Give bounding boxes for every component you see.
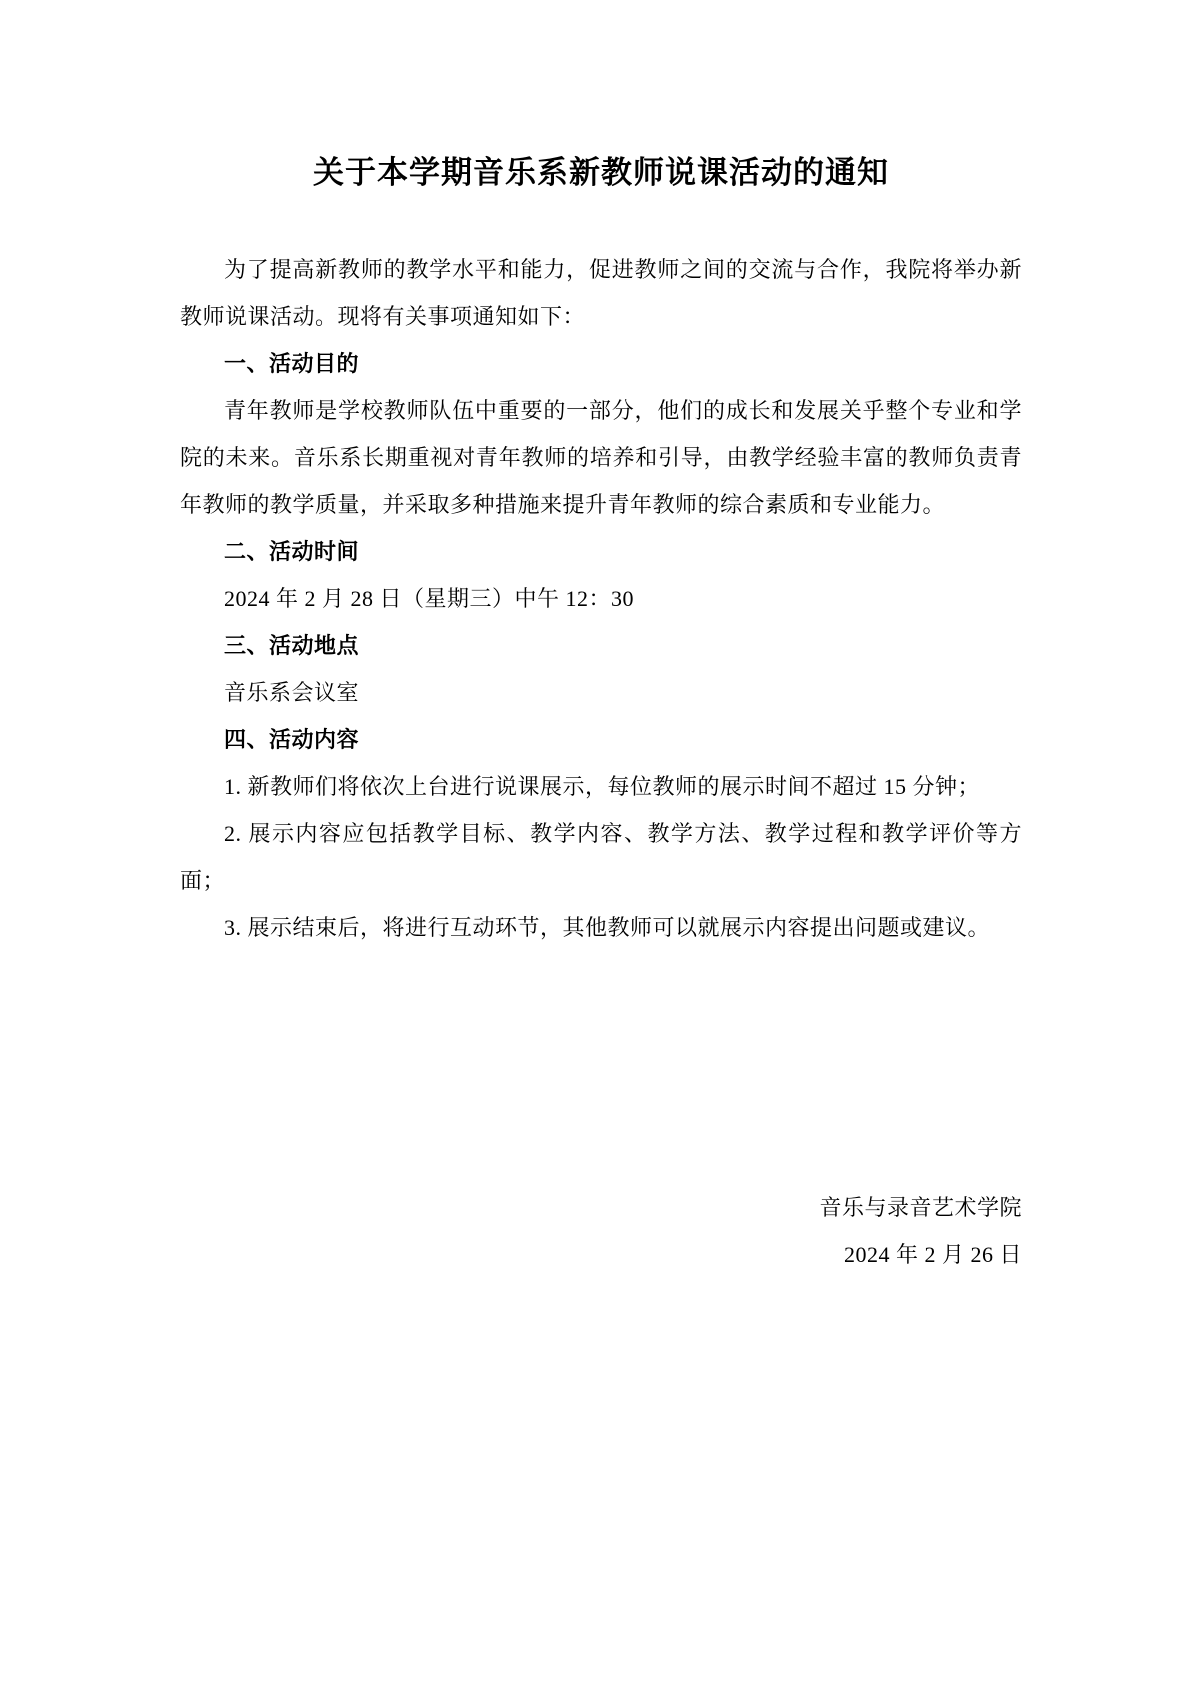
section-heading-purpose: 一、活动目的	[180, 340, 1022, 387]
signature-organization: 音乐与录音艺术学院	[180, 1184, 1022, 1231]
document-page: 关于本学期音乐系新教师说课活动的通知 为了提高新教师的教学水平和能力，促进教师之…	[0, 0, 1191, 1684]
section-body-time: 2024 年 2 月 28 日（星期三）中午 12：30	[180, 575, 1022, 622]
signature-date: 2024 年 2 月 26 日	[180, 1231, 1022, 1278]
content-item-1: 1. 新教师们将依次上台进行说课展示，每位教师的展示时间不超过 15 分钟；	[180, 763, 1022, 810]
signature-block: 音乐与录音艺术学院 2024 年 2 月 26 日	[180, 1184, 1022, 1278]
section-heading-content: 四、活动内容	[180, 716, 1022, 763]
section-body-location: 音乐系会议室	[180, 669, 1022, 716]
section-heading-time: 二、活动时间	[180, 528, 1022, 575]
document-title: 关于本学期音乐系新教师说课活动的通知	[180, 148, 1022, 198]
section-heading-location: 三、活动地点	[180, 622, 1022, 669]
content-item-2: 2. 展示内容应包括教学目标、教学内容、教学方法、教学过程和教学评价等方面；	[180, 810, 1022, 904]
content-item-3: 3. 展示结束后，将进行互动环节，其他教师可以就展示内容提出问题或建议。	[180, 904, 1022, 951]
intro-paragraph: 为了提高新教师的教学水平和能力，促进教师之间的交流与合作，我院将举办新教师说课活…	[180, 246, 1022, 340]
section-body-purpose: 青年教师是学校教师队伍中重要的一部分，他们的成长和发展关乎整个专业和学院的未来。…	[180, 387, 1022, 528]
